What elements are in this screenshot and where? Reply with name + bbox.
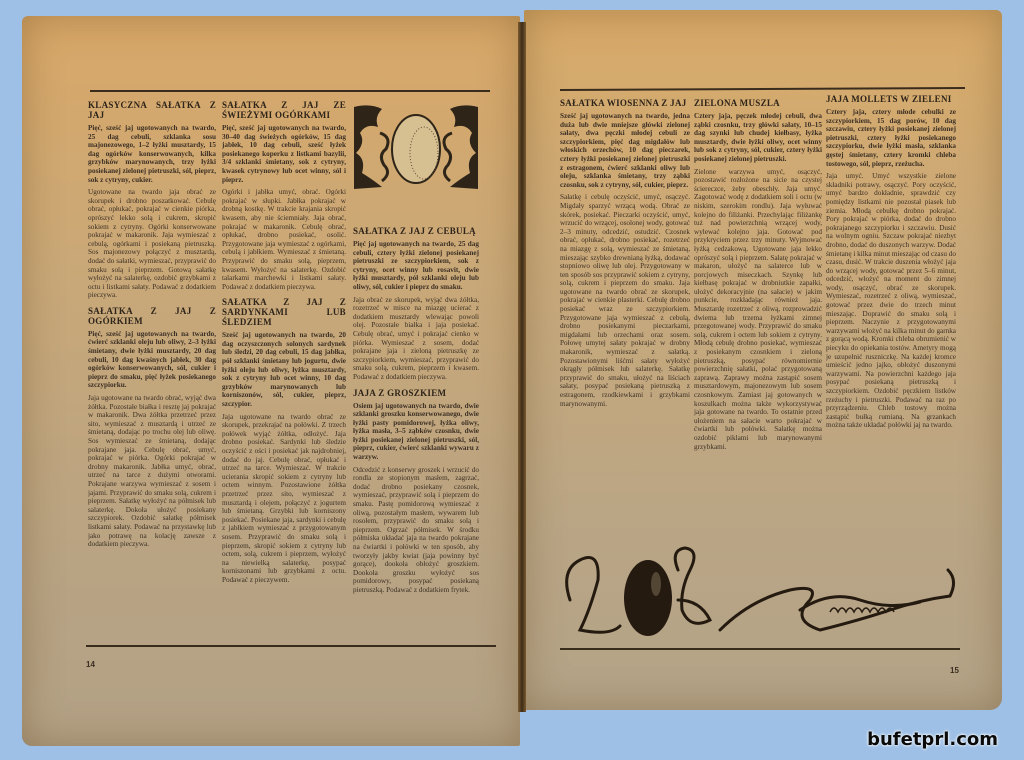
recipe-title: SAŁATKA Z JAJ Z OGÓRKIEM [88, 306, 216, 326]
right-page-number: 15 [950, 666, 959, 675]
recipe-method: Odcedzić z konserwy groszek i wrzucić do… [353, 466, 479, 595]
recipe-title: SAŁATKA Z JAJ ZE ŚWIEŻYMI OGÓRKAMI [222, 100, 346, 120]
recipe-method: Sałatkę i cebulę oczyścić, umyć, osączyć… [560, 193, 690, 408]
right-column-1: SAŁATKA WIOSENNA Z JAJ Sześć jaj ugotowa… [560, 98, 690, 538]
recipe-ingredients: Sześć jaj ugotowanych na twardo, jedna d… [560, 112, 690, 189]
recipe-method: Ogórki i jabłka umyć, obrać. Ogórki pokr… [222, 188, 346, 291]
egg-ornament-illustration [560, 540, 960, 640]
book-spine [518, 22, 526, 712]
egg-woodcut-illustration [352, 103, 480, 191]
right-column-3: JAJA MOLLETS W ZIELENI Cztery jaja, czte… [826, 94, 956, 544]
right-column-2: ZIELONA MUSZLA Cztery jaja, pęczek młode… [694, 98, 822, 588]
right-bottom-rule [560, 648, 960, 650]
recipe-method: Jaja umyć. Umyć wszystkie zielone składn… [826, 172, 956, 430]
recipe-ingredients: Sześć jaj ugotowanych na twardo, 20 dag … [222, 331, 346, 408]
recipe-title: SAŁATKA Z JAJ Z CEBULĄ [353, 226, 479, 236]
recipe-title: SAŁATKA Z JAJ Z SARDYNKAMI LUB ŚLEDZIEM [222, 297, 346, 327]
left-page-number: 14 [86, 660, 95, 669]
left-column-1: KLASYCZNA SAŁATKA Z JAJ Pięć, sześć jaj … [88, 100, 216, 640]
recipe-title: JAJA MOLLETS W ZIELENI [826, 94, 956, 104]
site-watermark: bufetprl.com [867, 729, 998, 750]
recipe-ingredients: Pięć jaj ugotowanych na twardo, 25 dag c… [353, 240, 479, 292]
recipe-method: Zielone warzywa umyć, osączyć, pozostawi… [694, 168, 822, 452]
recipe-title: ZIELONA MUSZLA [694, 98, 822, 108]
recipe-method: Jaja ugotowane na twardo obrać ze skorup… [222, 413, 346, 585]
recipe-title: KLASYCZNA SAŁATKA Z JAJ [88, 100, 216, 120]
left-top-rule [90, 90, 490, 92]
recipe-title: JAJA Z GROSZKIEM [353, 388, 479, 398]
recipe-ingredients: Cztery jaja, cztery młode cebulki ze szc… [826, 108, 956, 168]
recipe-ingredients: Pięć, sześć jaj ugotowanych na twardo, 3… [222, 124, 346, 184]
recipe-ingredients: Cztery jaja, pęczek młodej cebuli, dwa z… [694, 112, 822, 164]
left-column-2: SAŁATKA Z JAJ ZE ŚWIEŻYMI OGÓRKAMI Pięć,… [222, 100, 346, 640]
recipe-ingredients: Pięć, sześć jaj ugotowanych na twardo, 2… [88, 124, 216, 184]
recipe-method: Jaja ugotowane na twardo obrać, wyjąć dw… [88, 394, 216, 549]
recipe-method: Ugotowane na twardo jaja obrać ze skorup… [88, 188, 216, 300]
recipe-title: SAŁATKA WIOSENNA Z JAJ [560, 98, 690, 108]
recipe-ingredients: Pięć, sześć jaj ugotowanych na twardo, ć… [88, 330, 216, 390]
recipe-method: Jaja obrać ze skorupek, wyjąć dwa żółtka… [353, 296, 479, 382]
recipe-ingredients: Osiem jaj ugotowanych na twardo, dwie sz… [353, 402, 479, 462]
left-column-3: SAŁATKA Z JAJ Z CEBULĄ Pięć jaj ugotowan… [353, 226, 479, 646]
